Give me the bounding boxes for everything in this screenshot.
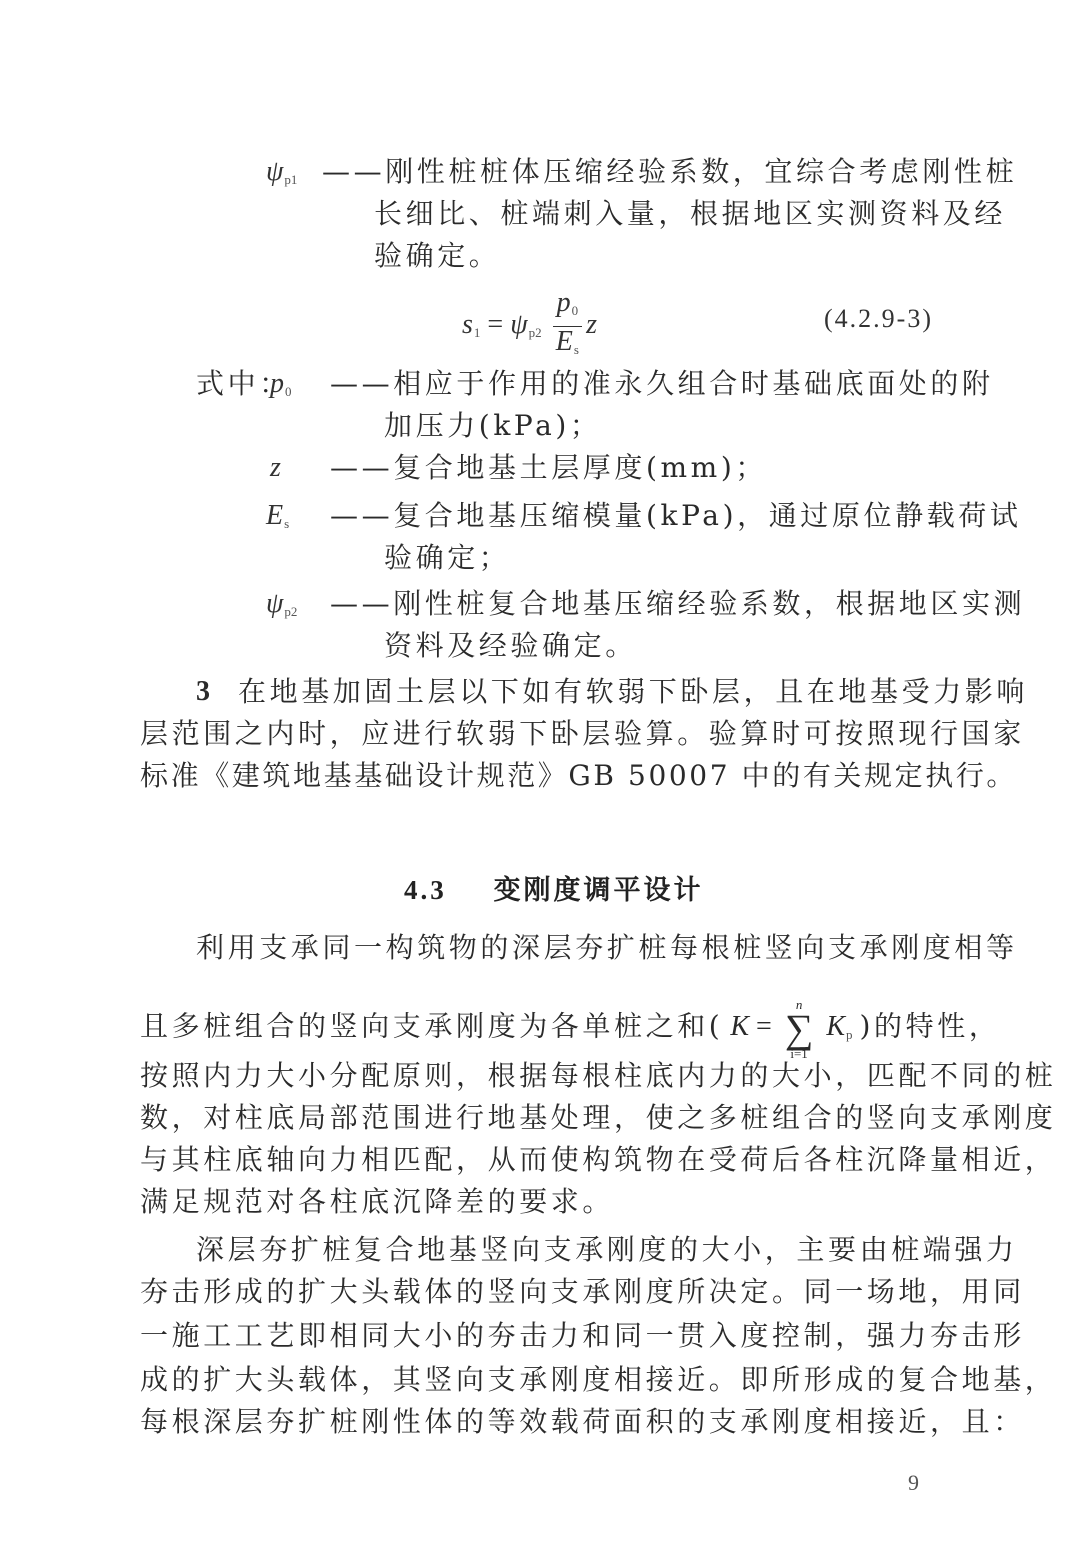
para2-line5: 每根深层夯扩桩刚性体的等效载荷面积的支承刚度相接近，且： — [140, 1404, 1025, 1440]
para2-line1: 深层夯扩桩复合地基竖向支承刚度的大小，主要由桩端强力 — [196, 1232, 1018, 1268]
def-psi-p2-line2: 资料及经验确定。 — [384, 628, 637, 664]
item-3-line1: 在地基加固土层以下如有软弱下卧层，且在地基受力影响 — [238, 674, 1028, 710]
para2-line2: 夯击形成的扩大头载体的竖向支承刚度所决定。同一场地，用同 — [140, 1274, 1025, 1310]
def-psi-p1-line2: 长细比、桩端刺入量，根据地区实测资料及经 — [374, 196, 1006, 232]
equation-label: (4.2.9-3) — [824, 304, 933, 334]
para1-line3: 按照内力大小分配原则，根据每根柱底内力的大小，匹配不同的桩 — [140, 1058, 1056, 1094]
equation-4-2-9-3: s1 = ψp2 p0 Es z — [462, 288, 597, 365]
para2-line4: 成的扩大头载体，其竖向支承刚度相接近。即所形成的复合地基， — [140, 1362, 1056, 1398]
symbol-z: z — [270, 450, 281, 486]
def-psi-p2-line1: ——刚性桩复合地基压缩经验系数，根据地区实测 — [330, 586, 1025, 622]
item-3-number: 3 — [196, 674, 214, 710]
item-3-line3: 标准《建筑地基基础设计规范》GB 50007 中的有关规定执行。 — [140, 758, 1017, 794]
def-Es-line2: 验确定； — [384, 540, 510, 576]
def-z-line1: ——复合地基土层厚度(mm)； — [330, 450, 767, 486]
symbol-psi-p2: ψp2 — [266, 586, 297, 630]
para1-line2: 且多桩组合的竖向支承刚度为各单桩之和( K = n∑i=1 Kp )的特性， — [140, 998, 1000, 1060]
symbol-Es: Es — [266, 498, 289, 542]
section-title: 变刚度调平设计 — [494, 875, 704, 906]
def-p0-line2: 加压力(kPa)； — [384, 408, 602, 444]
symbol-psi-p1: ψp1 — [266, 154, 297, 198]
symbol-p0: p0 — [270, 366, 292, 410]
para1-line4: 数，对柱底局部范围进行地基处理，使之多桩组合的竖向支承刚度 — [140, 1100, 1056, 1136]
para1-line1: 利用支承同一构筑物的深层夯扩桩每根桩竖向支承刚度相等 — [196, 930, 1018, 966]
def-psi-p1-line1: ——刚性桩桩体压缩经验系数，宜综合考虑刚性桩 — [322, 154, 1017, 190]
item-3-line2: 层范围之内时，应进行软弱下卧层验算。验算时可按照现行国家 — [140, 716, 1025, 752]
section-heading: 4.3 变刚度调平设计 — [404, 868, 704, 907]
para2-line3: 一施工工艺即相同大小的夯击力和同一贯入度控制，强力夯击形 — [140, 1318, 1025, 1354]
fraction: p0 Es — [553, 288, 583, 365]
stiffness-sum-formula: K = n∑i=1 Kp — [723, 1011, 859, 1042]
para1-line5: 与其柱底轴向力相匹配，从而使构筑物在受荷后各柱沉降量相近， — [140, 1142, 1056, 1178]
def-psi-p1-line3: 验确定。 — [374, 238, 500, 274]
para1-line6: 满足规范对各柱底沉降差的要求。 — [140, 1184, 614, 1220]
page-number: 9 — [908, 1470, 919, 1496]
def-p0-line1: ——相应于作用的准永久组合时基础底面处的附 — [330, 366, 994, 402]
section-number: 4.3 — [404, 875, 447, 905]
def-Es-line1: ——复合地基压缩模量(kPa)，通过原位静载荷试 — [330, 498, 1022, 534]
